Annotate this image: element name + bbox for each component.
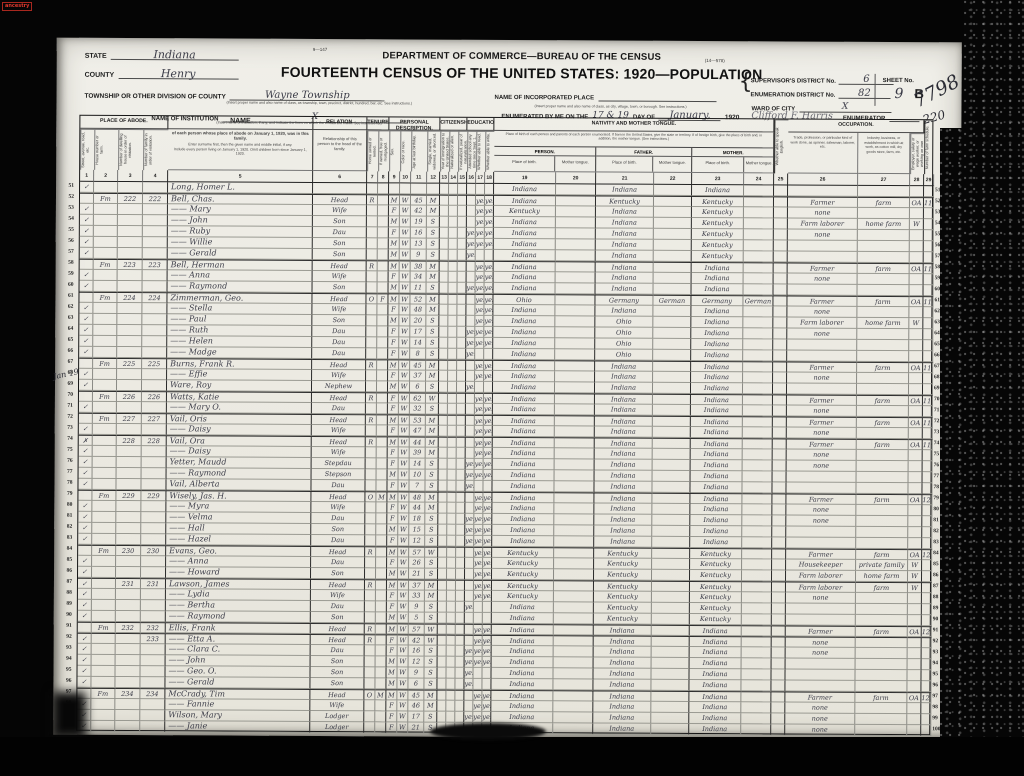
- data-cell: [907, 703, 921, 714]
- data-cell: yes: [466, 470, 475, 481]
- data-cell: 53: [410, 414, 426, 425]
- data-cell: M: [387, 579, 398, 590]
- data-cell: M: [387, 568, 398, 579]
- data-cell: Fm: [93, 391, 117, 402]
- data-cell: 224: [117, 292, 142, 303]
- data-cell: ✓: [79, 303, 93, 314]
- data-cell: [440, 184, 449, 195]
- data-cell: yes: [465, 602, 474, 613]
- data-cell: W: [399, 469, 410, 480]
- data-cell: [773, 449, 787, 460]
- data-cell: [923, 406, 933, 417]
- data-cell: [908, 659, 922, 670]
- data-cell: W: [400, 249, 411, 260]
- row-number: 80: [58, 500, 74, 511]
- data-cell: [378, 216, 389, 227]
- data-cell: [785, 680, 855, 691]
- data-cell: [909, 373, 923, 384]
- data-cell: M: [388, 315, 399, 326]
- data-cell: [437, 679, 446, 690]
- data-cell: [773, 427, 787, 438]
- data-cell: 16: [411, 227, 427, 238]
- data-cell: [376, 645, 387, 656]
- data-cell: [555, 404, 595, 415]
- data-cell: W: [400, 238, 411, 249]
- data-cell: S: [424, 668, 437, 679]
- data-cell: S: [426, 470, 439, 481]
- data-cell: Indiana: [691, 361, 743, 372]
- data-cell: [94, 248, 118, 259]
- data-cell: [742, 515, 772, 526]
- data-cell: Wife: [313, 271, 367, 282]
- data-cell: [555, 437, 595, 448]
- data-cell: [743, 317, 773, 328]
- data-cell: [787, 350, 857, 361]
- supervisor-district-value: 6: [863, 74, 869, 85]
- data-cell: [455, 712, 464, 723]
- data-cell: [923, 285, 933, 296]
- data-cell: [143, 270, 168, 281]
- data-cell: [924, 219, 934, 230]
- data-cell: [857, 472, 909, 483]
- data-cell: M: [425, 492, 438, 503]
- data-cell: [922, 615, 932, 626]
- data-cell: [652, 504, 690, 515]
- data-cell: S: [426, 349, 439, 360]
- data-cell: [377, 447, 388, 458]
- data-cell: private family: [856, 560, 908, 571]
- data-cell: 118: [923, 417, 933, 428]
- data-cell: [651, 724, 689, 735]
- data-cell: [92, 578, 116, 589]
- data-cell: [94, 226, 118, 237]
- data-cell: [456, 558, 465, 569]
- data-cell: Dau: [312, 348, 366, 359]
- data-cell: [856, 615, 908, 626]
- district-box-divider: [874, 74, 875, 106]
- data-cell: Germany: [595, 294, 653, 305]
- data-cell: [80, 193, 94, 204]
- data-cell: [774, 262, 788, 273]
- data-cell: [438, 602, 447, 613]
- data-cell: [376, 612, 387, 623]
- data-cell: Son: [312, 282, 366, 293]
- data-cell: W: [397, 711, 408, 722]
- data-cell: [786, 537, 856, 548]
- data-cell: [554, 492, 594, 503]
- place-of-birth-label: Place of birth.: [596, 156, 653, 171]
- data-cell: yes: [476, 217, 485, 228]
- data-cell: [439, 371, 448, 382]
- data-cell: yes: [476, 195, 485, 206]
- column-header-vertical: Whether able to speak English.: [774, 119, 788, 173]
- data-cell: yes: [484, 415, 493, 426]
- data-cell: [458, 228, 467, 239]
- data-cell: [411, 183, 427, 194]
- data-cell: none: [788, 273, 858, 284]
- row-number: 95: [57, 665, 73, 676]
- data-cell: Indiana: [595, 360, 653, 371]
- section-header: PERSONAL DESCRIPTION.: [389, 117, 440, 130]
- data-cell: none: [786, 647, 856, 658]
- data-cell: M: [388, 381, 399, 392]
- name-cell: —— Anna: [168, 270, 313, 282]
- data-cell: W: [399, 304, 410, 315]
- data-cell: [448, 349, 457, 360]
- column-number: 25: [774, 173, 788, 185]
- data-cell: [78, 622, 92, 633]
- data-cell: [367, 205, 378, 216]
- data-cell: [455, 668, 464, 679]
- data-cell: S: [426, 316, 439, 327]
- data-cell: [79, 358, 93, 369]
- name-cell: Bell, Herman: [168, 259, 313, 271]
- row-number: 58: [60, 258, 76, 269]
- data-cell: [376, 557, 387, 568]
- data-cell: [741, 724, 771, 735]
- data-cell: W: [397, 700, 408, 711]
- data-cell: [93, 457, 117, 468]
- data-cell: [856, 637, 908, 648]
- employer-note: Employer, salary or wage worker, or work…: [910, 133, 924, 174]
- data-cell: [78, 545, 92, 556]
- data-cell: [456, 580, 465, 591]
- data-cell: W: [399, 425, 410, 436]
- data-cell: [438, 536, 447, 547]
- data-cell: [366, 403, 377, 414]
- data-cell: W: [399, 348, 410, 359]
- data-cell: [448, 426, 457, 437]
- data-cell: Head: [313, 260, 367, 271]
- data-cell: [556, 250, 596, 261]
- data-cell: Farmer: [787, 416, 857, 427]
- data-cell: Indiana: [692, 185, 744, 196]
- data-cell: [456, 492, 465, 503]
- data-cell: M: [387, 612, 398, 623]
- data-cell: [742, 581, 772, 592]
- data-cell: Indiana: [593, 723, 651, 734]
- data-cell: [922, 659, 932, 670]
- data-cell: 227: [117, 413, 142, 424]
- data-cell: S: [425, 525, 438, 536]
- data-cell: Kentucky: [594, 602, 652, 613]
- data-cell: yes: [484, 316, 493, 327]
- data-cell: [439, 437, 448, 448]
- data-cell: [91, 666, 115, 677]
- data-cell: [652, 493, 690, 504]
- data-cell: F: [388, 447, 399, 458]
- data-cell: [466, 437, 475, 448]
- data-cell: yes: [474, 536, 483, 547]
- row-numbers-left: 5152535455565758596061626364656667686970…: [57, 181, 76, 731]
- data-cell: [141, 567, 166, 578]
- data-cell: [93, 380, 117, 391]
- data-cell: Indiana: [493, 470, 555, 481]
- data-cell: [921, 670, 931, 681]
- data-cell: ✓: [78, 512, 92, 523]
- data-cell: 39: [410, 447, 426, 458]
- data-cell: yes: [483, 492, 492, 503]
- data-cell: [447, 635, 456, 646]
- data-cell: ✓: [80, 182, 94, 193]
- data-cell: Indiana: [594, 646, 652, 657]
- data-cell: [140, 710, 165, 721]
- data-cell: [922, 637, 932, 648]
- data-cell: [910, 186, 924, 197]
- data-cell: [909, 461, 923, 472]
- data-cell: [654, 273, 692, 284]
- data-cell: [438, 481, 447, 492]
- data-cell: yes: [464, 679, 473, 690]
- data-cell: home farm: [857, 318, 909, 329]
- data-cell: [909, 307, 923, 318]
- data-cell: [456, 624, 465, 635]
- data-cell: [742, 570, 772, 581]
- data-cell: [449, 217, 458, 228]
- data-cell: Indiana: [492, 492, 554, 503]
- data-cell: [773, 361, 787, 372]
- data-cell: M: [389, 260, 400, 271]
- data-cell: [449, 206, 458, 217]
- data-cell: [467, 184, 476, 195]
- data-cell: 116: [923, 362, 933, 373]
- data-cell: [555, 360, 595, 371]
- data-cell: [375, 722, 386, 733]
- data-cell: Farm laborer: [788, 218, 858, 229]
- data-cell: [554, 657, 594, 668]
- data-cell: S: [425, 646, 438, 657]
- data-cell: [773, 350, 787, 361]
- data-cell: [742, 537, 772, 548]
- data-cell: [94, 204, 118, 215]
- data-cell: Head: [311, 634, 365, 645]
- data-cell: S: [425, 569, 438, 580]
- name-cell: McCrady, Tim: [165, 688, 310, 700]
- data-cell: [555, 393, 595, 404]
- data-cell: M: [427, 195, 440, 206]
- data-cell: [438, 657, 447, 668]
- nativity-note: Place of birth of each person and parent…: [494, 131, 773, 147]
- column-header-vertical: Whether able to read.: [476, 131, 485, 172]
- data-cell: [439, 305, 448, 316]
- data-cell: [553, 723, 593, 734]
- data-cell: 228: [142, 435, 167, 446]
- data-cell: Head: [311, 491, 365, 502]
- data-cell: [366, 348, 377, 359]
- name-cell: —— Ruby: [168, 226, 313, 238]
- data-cell: [774, 196, 788, 207]
- data-cell: S: [426, 459, 439, 470]
- data-cell: M: [388, 436, 399, 447]
- data-cell: Indiana: [689, 680, 741, 691]
- data-cell: [907, 681, 921, 692]
- data-cell: [554, 602, 594, 613]
- data-cell: Indiana: [691, 394, 743, 405]
- data-cell: Indiana: [689, 691, 741, 702]
- data-cell: ✓: [80, 215, 94, 226]
- data-cell: [773, 317, 787, 328]
- data-cell: [141, 589, 166, 600]
- data-cell: 9: [409, 601, 425, 612]
- data-cell: [439, 360, 448, 371]
- data-cell: [855, 681, 907, 692]
- data-cell: [458, 250, 467, 261]
- data-cell: 231: [116, 578, 141, 589]
- column-header-vertical: Number of dwelling house in order of vis…: [118, 129, 143, 170]
- data-cell: [857, 428, 909, 439]
- column-header-vertical: If owned, free or mortgaged.: [378, 130, 389, 171]
- data-cell: [910, 241, 924, 252]
- data-cell: [377, 425, 388, 436]
- data-cell: [364, 711, 375, 722]
- data-cell: [651, 691, 689, 702]
- data-cell: [652, 603, 690, 614]
- data-cell: [367, 183, 378, 194]
- name-cell: —— Hall: [166, 523, 311, 535]
- data-cell: 121: [922, 549, 932, 560]
- data-cell: Son: [313, 238, 367, 249]
- column-number: 5: [168, 170, 313, 183]
- data-cell: [743, 427, 773, 438]
- data-cell: yes: [475, 327, 484, 338]
- data-cell: Indiana: [596, 217, 654, 228]
- data-cell: [858, 208, 910, 219]
- brace-glyph: {: [739, 69, 753, 94]
- data-cell: 17: [408, 711, 424, 722]
- data-cell: [910, 208, 924, 219]
- data-cell: [924, 274, 934, 285]
- data-cell: ✓: [78, 633, 92, 644]
- section-header: TENURE.: [367, 117, 389, 130]
- data-cell: [910, 230, 924, 241]
- name-cell: —— Ruth: [167, 325, 312, 337]
- data-cell: Kentucky: [690, 614, 742, 625]
- data-cell: 14: [410, 337, 426, 348]
- data-cell: [439, 404, 448, 415]
- data-cell: 10: [410, 469, 426, 480]
- data-cell: German: [653, 295, 691, 306]
- data-cell: German: [743, 295, 773, 306]
- data-cell: 7: [409, 480, 425, 491]
- state-label: STATE: [85, 53, 107, 60]
- data-cell: Ohio: [595, 338, 653, 349]
- data-cell: ✓: [77, 666, 91, 677]
- data-cell: [774, 185, 788, 196]
- data-cell: F: [387, 645, 398, 656]
- data-cell: M: [425, 591, 438, 602]
- data-cell: [142, 380, 167, 391]
- data-cell: [118, 226, 143, 237]
- data-cell: yes: [475, 415, 484, 426]
- data-cell: [456, 569, 465, 580]
- data-cell: [143, 182, 168, 193]
- data-cell: [855, 714, 907, 725]
- data-cell: [742, 548, 772, 559]
- department-line: DEPARTMENT OF COMMERCE—BUREAU OF THE CEN…: [272, 50, 772, 64]
- data-cell: [458, 272, 467, 283]
- data-cell: [475, 349, 484, 360]
- data-cell: Indiana: [491, 712, 553, 723]
- data-cell: Indiana: [690, 493, 742, 504]
- data-cell: S: [426, 338, 439, 349]
- data-cell: S: [425, 613, 438, 624]
- data-cell: [465, 624, 474, 635]
- census-sheet: 9—147 (14—578) DEPARTMENT OF COMMERCE—BU…: [53, 38, 962, 740]
- data-cell: OA: [908, 626, 922, 637]
- data-cell: yes: [474, 492, 483, 503]
- data-cell: [142, 369, 167, 380]
- row-number: 91: [58, 621, 74, 632]
- name-note: of each person whose place of abode on J…: [170, 130, 310, 141]
- data-cell: R: [367, 260, 378, 271]
- data-cell: [140, 699, 165, 710]
- data-cell: [377, 436, 388, 447]
- column-number: 19: [494, 172, 556, 184]
- data-cell: [377, 359, 388, 370]
- data-cell: [555, 415, 595, 426]
- data-cell: yes: [474, 646, 483, 657]
- data-cell: yes: [465, 481, 474, 492]
- data-cell: [367, 271, 378, 282]
- data-cell: 115: [923, 296, 933, 307]
- data-cell: [654, 185, 692, 196]
- data-cell: S: [427, 250, 440, 261]
- data-cell: F: [386, 722, 397, 733]
- data-cell: yes: [464, 668, 473, 679]
- data-cell: yes: [465, 536, 474, 547]
- data-cell: yes: [476, 228, 485, 239]
- data-cell: Indiana: [595, 404, 653, 415]
- data-cell: yes: [465, 514, 474, 525]
- data-cell: yes: [484, 360, 493, 371]
- data-cell: [117, 380, 142, 391]
- data-cell: [448, 470, 457, 481]
- data-cell: [366, 282, 377, 293]
- data-cell: 123: [921, 692, 931, 703]
- data-cell: [377, 326, 388, 337]
- data-cell: [653, 394, 691, 405]
- data-cell: W: [400, 271, 411, 282]
- data-cell: ✓: [78, 600, 92, 611]
- name-cell: Burns, Frank R.: [167, 358, 312, 370]
- data-cell: [117, 369, 142, 380]
- data-cell: F: [388, 458, 399, 469]
- name-column-notes: of each person whose place of abode on J…: [168, 129, 313, 171]
- data-cell: Indiana: [493, 283, 555, 294]
- data-cell: [742, 658, 772, 669]
- data-cell: Indiana: [595, 382, 653, 393]
- data-cell: Indiana: [493, 426, 555, 437]
- data-cell: [376, 590, 387, 601]
- data-cell: Indiana: [594, 503, 652, 514]
- data-cell: yes: [475, 448, 484, 459]
- data-cell: [93, 402, 117, 413]
- data-cell: [465, 558, 474, 569]
- row-number: 93: [58, 643, 74, 654]
- name-cell: Zimmerman, Geo.: [167, 292, 312, 304]
- data-cell: 227: [142, 413, 167, 424]
- data-cell: [786, 482, 856, 493]
- data-cell: [456, 613, 465, 624]
- data-cell: yes: [485, 206, 494, 217]
- data-cell: [742, 625, 772, 636]
- data-cell: [448, 360, 457, 371]
- data-cell: [438, 525, 447, 536]
- name-cell: —— Etta A.: [166, 633, 311, 645]
- data-cell: [118, 237, 143, 248]
- data-cell: yes: [482, 701, 491, 712]
- name-cell: Evans, Geo.: [166, 545, 311, 557]
